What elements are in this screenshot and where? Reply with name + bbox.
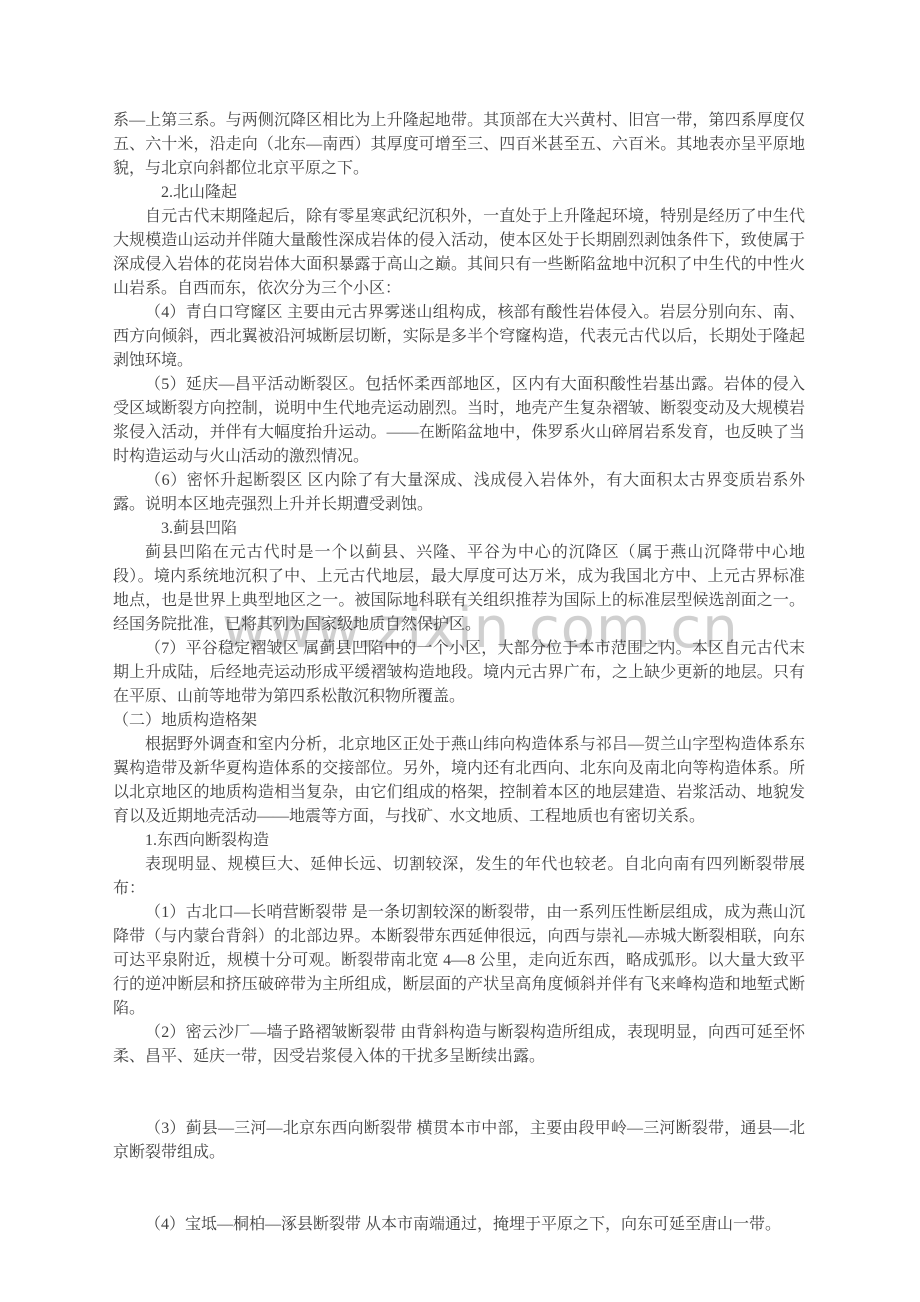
blank-line [113, 1165, 805, 1213]
blank-line [113, 1069, 805, 1117]
paragraph: （1）古北口—长哨营断裂带 是一条切割较深的断裂带，由一系列压性断层组成，成为燕… [113, 901, 805, 1021]
paragraph: （3）蓟县—三河—北京东西向断裂带 横贯本市中部，主要由段甲岭—三河断裂带，通县… [113, 1117, 805, 1165]
paragraph: （4）青白口穹窿区 主要由元古界雾迷山组构成，核部有酸性岩体侵入。岩层分别向东、… [113, 301, 805, 373]
paragraph: （7）平谷稳定褶皱区 属蓟县凹陷中的一个小区，大部分位于本市范围之内。本区自元古… [113, 637, 805, 709]
paragraph: 表现明显、规模巨大、延伸长远、切割较深，发生的年代也较老。自北向南有四列断裂带展… [113, 853, 805, 901]
paragraph: 自元古代末期隆起后，除有零星寒武纪沉积外，一直处于上升隆起环境，特别是经历了中生… [113, 205, 805, 301]
section-heading: 1.东西向断裂构造 [113, 829, 805, 853]
section-heading: （二）地质构造格架 [113, 709, 805, 733]
paragraph: （6）密怀升起断裂区 区内除了有大量深成、浅成侵入岩体外，有大面积太古界变质岩系… [113, 469, 805, 517]
paragraph: 蓟县凹陷在元古代时是一个以蓟县、兴隆、平谷为中心的沉降区（属于燕山沉降带中心地段… [113, 541, 805, 637]
paragraph: （4）宝坻—桐柏—涿县断裂带 从本市南端通过，掩埋于平原之下，向东可延至唐山一带… [113, 1213, 805, 1237]
section-heading: 2.北山隆起 [113, 181, 805, 205]
section-heading: 3.蓟县凹陷 [113, 517, 805, 541]
paragraph: （5）延庆—昌平活动断裂区。包括怀柔西部地区，区内有大面积酸性岩基出露。岩体的侵… [113, 373, 805, 469]
document-content: 系—上第三系。与两侧沉降区相比为上升隆起地带。其顶部在大兴黄村、旧宫一带，第四系… [113, 109, 805, 1237]
document-page: www.zixin.com.cn 系—上第三系。与两侧沉降区相比为上升隆起地带。… [0, 0, 920, 1302]
paragraph: （2）密云沙厂—墙子路褶皱断裂带 由背斜构造与断裂构造所组成，表现明显，向西可延… [113, 1021, 805, 1069]
paragraph: 根据野外调查和室内分析，北京地区正处于燕山纬向构造体系与祁吕—贺兰山字型构造体系… [113, 733, 805, 829]
paragraph: 系—上第三系。与两侧沉降区相比为上升隆起地带。其顶部在大兴黄村、旧宫一带，第四系… [113, 109, 805, 181]
